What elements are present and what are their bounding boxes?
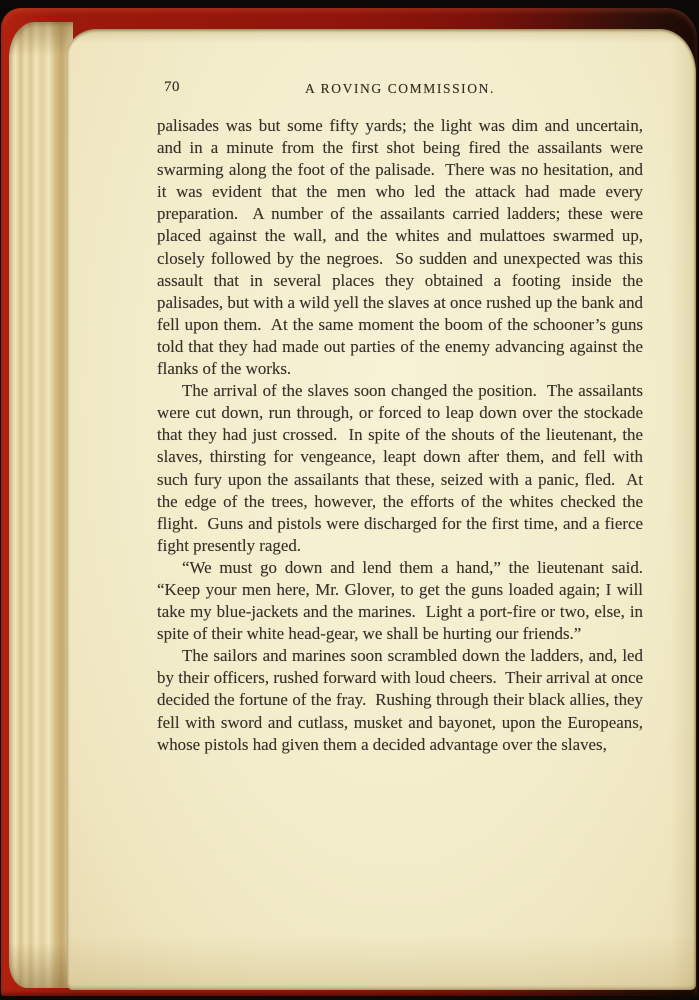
page-edges-stack [9, 22, 73, 988]
paragraph: The sailors and marines soon scrambled d… [157, 645, 643, 755]
page-text-block: palisades was but some fifty yards; the … [157, 115, 643, 756]
paragraph: The arrival of the slaves soon changed t… [157, 380, 643, 557]
running-title: A ROVING COMMISSION. [157, 79, 643, 97]
book-page: 70 A ROVING COMMISSION. palisades was bu… [67, 29, 696, 990]
page-header: 70 A ROVING COMMISSION. [157, 79, 643, 97]
paragraph: “We must go down and lend them a hand,” … [157, 557, 643, 645]
paragraph: palisades was but some fifty yards; the … [157, 115, 643, 380]
page-number: 70 [164, 79, 180, 96]
